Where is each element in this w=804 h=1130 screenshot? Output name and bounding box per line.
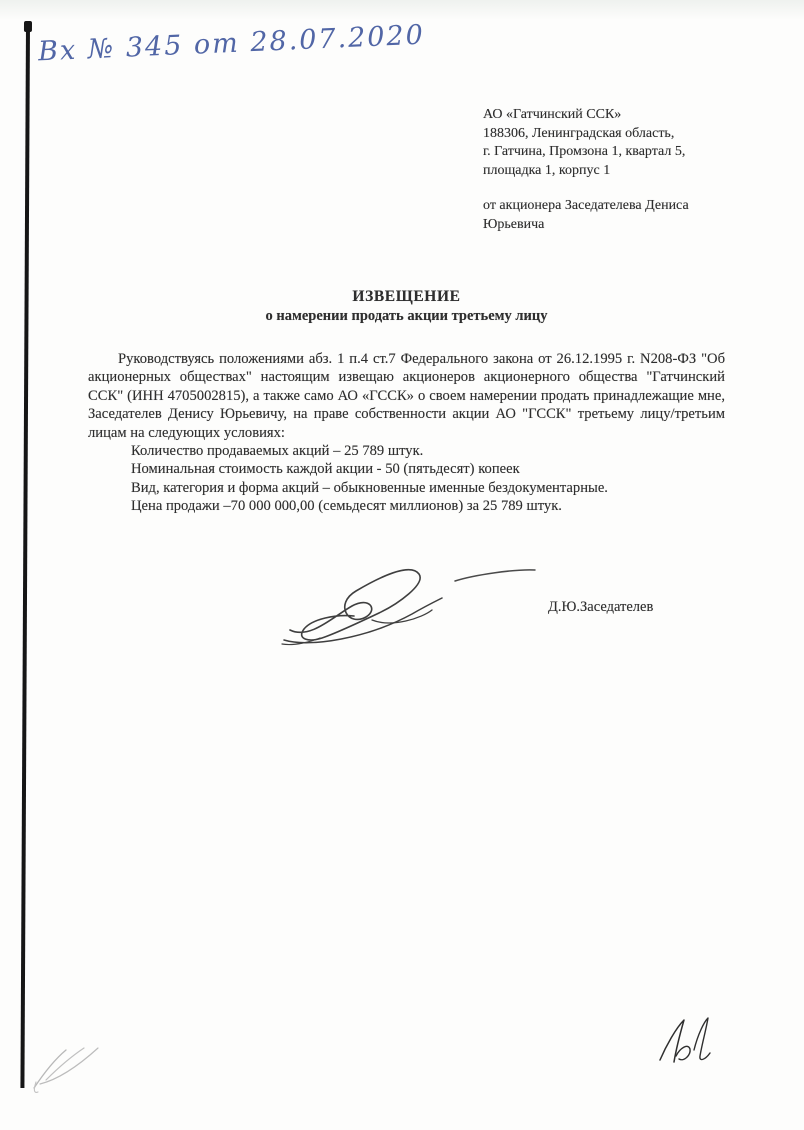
initials-scribble	[652, 1014, 718, 1080]
condition-line: Количество продаваемых акций – 25 789 шт…	[88, 442, 725, 460]
condition-line: Цена продажи –70 000 000,00 (семьдесят м…	[88, 497, 725, 515]
document-body: Руководствуясь положениями абз. 1 п.4 ст…	[88, 350, 725, 516]
recipient-line: г. Гатчина, Промзона 1, квартал 5,	[483, 143, 783, 162]
recipient-line: площадка 1, корпус 1	[483, 162, 783, 181]
scan-fold-line	[20, 24, 30, 1088]
pen-dash	[455, 570, 535, 581]
condition-line: Вид, категория и форма акций – обыкновен…	[88, 479, 725, 497]
scanned-document-page: Вх № 345 от 28.07.2020 АО «Гатчинский СС…	[0, 0, 804, 1130]
faint-paraph-scribble	[26, 1038, 118, 1096]
sender-block: от акционера Заседателева Дениса Юрьевич…	[483, 197, 783, 234]
document-title-block: ИЗВЕЩЕНИЕ о намерении продать акции трет…	[88, 288, 725, 325]
sender-line: от акционера Заседателева Дениса	[483, 197, 783, 216]
recipient-line: АО «Гатчинский ССК»	[483, 106, 783, 125]
condition-line: Номинальная стоимость каждой акции - 50 …	[88, 460, 725, 478]
signatory-name: Д.Ю.Заседателев	[548, 599, 653, 616]
signature-scribble	[276, 554, 538, 650]
sender-line: Юрьевича	[483, 216, 783, 235]
scan-shadow-band	[0, 0, 804, 20]
recipient-line: 188306, Ленинградская область,	[483, 125, 783, 144]
body-paragraph: Руководствуясь положениями абз. 1 п.4 ст…	[88, 350, 725, 442]
handwritten-registration-note: Вх № 345 от 28.07.2020	[38, 20, 426, 68]
document-title: ИЗВЕЩЕНИЕ	[88, 288, 725, 306]
recipient-address-block: АО «Гатчинский ССК» 188306, Ленинградска…	[483, 106, 783, 234]
document-subtitle: о намерении продать акции третьему лицу	[88, 308, 725, 325]
